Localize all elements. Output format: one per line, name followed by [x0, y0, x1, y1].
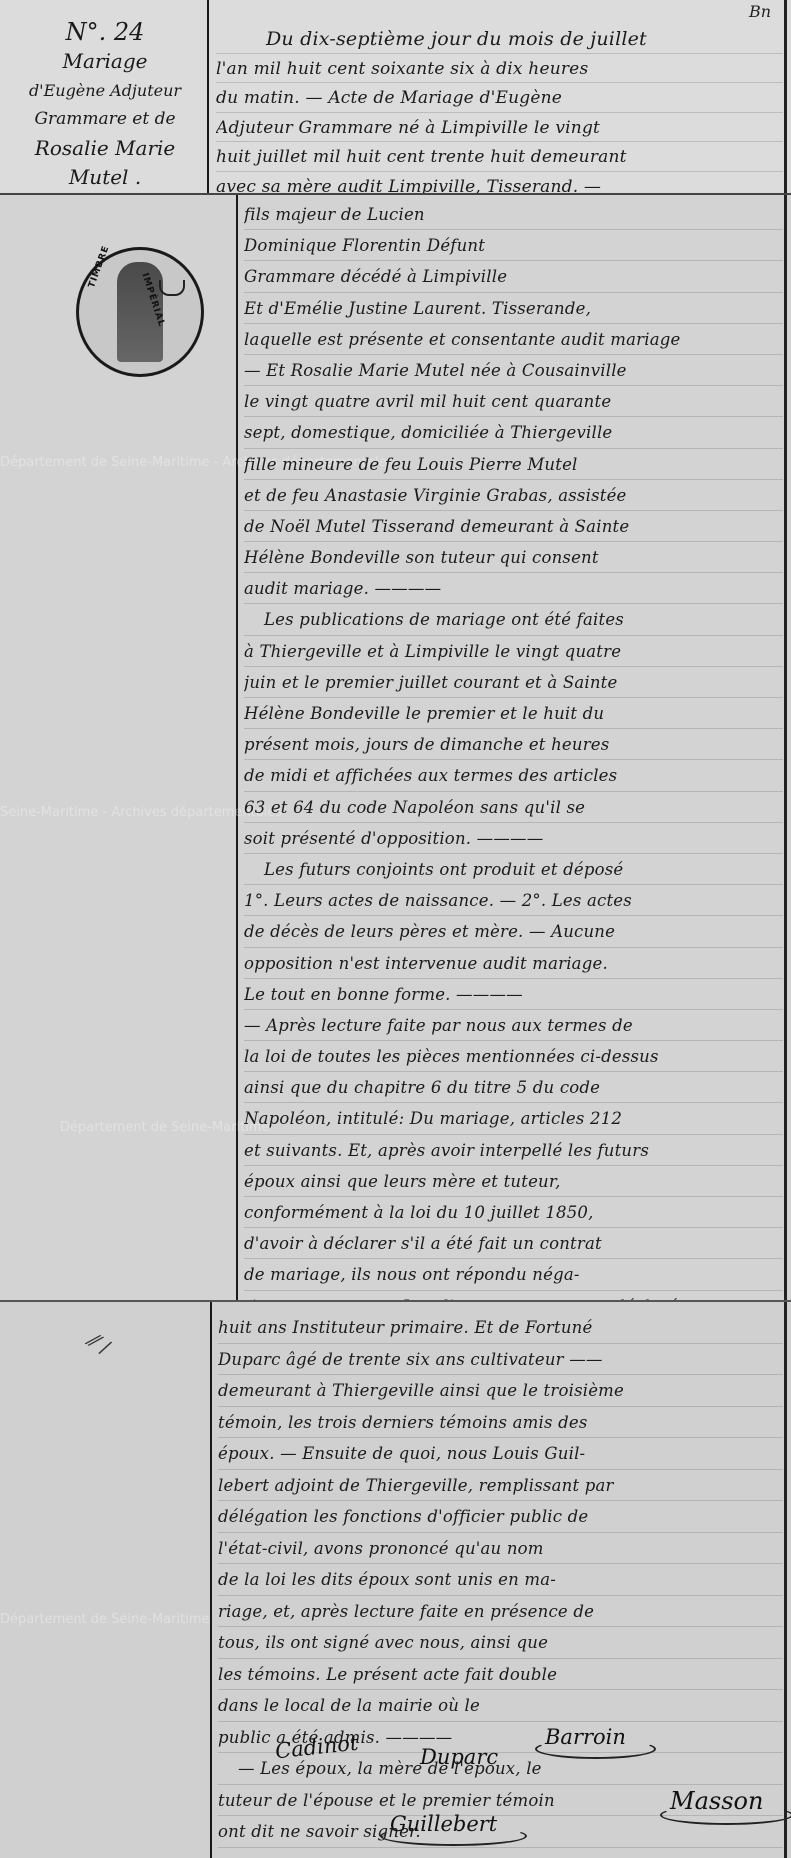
text-line: sept, domestique, domiciliée à Thiergevi… — [244, 417, 783, 448]
margin-line: Rosalie Marie — [10, 134, 200, 163]
text-line: Duparc âgé de trente six ans cultivateur… — [218, 1344, 783, 1376]
text-line: du matin. — Acte de Mariage d'Eugène — [216, 83, 783, 113]
text-line: époux ainsi que leurs mère et tuteur, — [244, 1166, 783, 1197]
text-line: huit juillet mil huit cent trente huit d… — [216, 142, 783, 172]
imperial-stamp-seal-icon: TIMBRE IMPÉRIAL — [76, 247, 204, 377]
text-line: opposition n'est intervenue audit mariag… — [244, 948, 783, 979]
text-line: demeurant à Thiergeville ainsi que le tr… — [218, 1375, 783, 1407]
text-line: fille mineure de feu Louis Pierre Mutel — [244, 449, 783, 480]
text-line: — Et Rosalie Marie Mutel née à Cousainvi… — [244, 355, 783, 386]
scales-icon — [159, 280, 185, 296]
text-line: et suivants. Et, après avoir interpellé … — [244, 1135, 783, 1166]
text-line: Les publications de mariage ont été fait… — [244, 604, 783, 635]
text-line: les témoins. Le présent acte fait double — [218, 1659, 783, 1691]
text-line: Grammare décédé à Limpiville — [244, 261, 783, 292]
text-line: Adjuteur Grammare né à Limpiville le vin… — [216, 113, 783, 143]
signature-masson: Masson — [670, 1787, 763, 1815]
text-line: de midi et affichées aux termes des arti… — [244, 760, 783, 791]
text-line: Du dix-septième jour du mois de juillet — [216, 24, 783, 54]
text-line: Le tout en bonne forme. ———— — [244, 979, 783, 1010]
text-line: avec sa mère audit Limpiville, Tisserand… — [216, 172, 783, 194]
text-line: la loi de toutes les pièces mentionnées … — [244, 1041, 783, 1072]
ink-blot-marks: ⁄⁄ ∕ — [85, 1329, 114, 1360]
page-edge-rule — [784, 0, 787, 193]
text-line: audit mariage. ———— — [244, 573, 783, 604]
margin-line: Mutel . — [10, 163, 200, 192]
text-line: lebert adjoint de Thiergeville, rempliss… — [218, 1470, 783, 1502]
text-line: le vingt quatre avril mil huit cent quar… — [244, 386, 783, 417]
text-line: ainsi que du chapitre 6 du titre 5 du co… — [244, 1072, 783, 1103]
text-line: Hélène Bondeville son tuteur qui consent — [244, 542, 783, 573]
margin-line: Mariage — [10, 47, 200, 76]
signature-duparc: Duparc — [420, 1745, 498, 1769]
archive-watermark: Département de Seine-Maritime — [60, 1120, 269, 1135]
text-line: soit présenté d'opposition. ———— — [244, 823, 783, 854]
register-entry-closing: ⁄⁄ ∕ Département de Seine-Maritime huit … — [0, 1300, 791, 1858]
page-edge-rule — [784, 195, 787, 1302]
register-entry-header: N°. 24 Mariage d'Eugène Adjuteur Grammar… — [0, 0, 791, 193]
text-line: et de feu Anastasie Virginie Grabas, ass… — [244, 480, 783, 511]
register-entry-body: TIMBRE IMPÉRIAL Département de Seine-Mar… — [0, 193, 791, 1302]
signature-barroin: Barroin — [545, 1725, 626, 1749]
archive-watermark: Département de Seine-Maritime — [0, 1612, 209, 1627]
text-line: huit ans Instituteur primaire. Et de For… — [218, 1312, 783, 1344]
stamp-left-text: TIMBRE — [87, 244, 112, 289]
text-line: Dominique Florentin Défunt — [244, 230, 783, 261]
text-line: délégation les fonctions d'officier publ… — [218, 1501, 783, 1533]
text-line: Hélène Bondeville le premier et le huit … — [244, 698, 783, 729]
text-line: présent mois, jours de dimanche et heure… — [244, 729, 783, 760]
text-line: 63 et 64 du code Napoléon sans qu'il se — [244, 792, 783, 823]
text-line: Et d'Emélie Justine Laurent. Tisserande, — [244, 293, 783, 324]
signature-block: Cadinot Duparc Barroin Guillebert Masson — [0, 1717, 791, 1857]
archive-watermark: Seine-Maritime - Archives départementale… — [0, 805, 282, 820]
margin-annotation: N°. 24 Mariage d'Eugène Adjuteur Grammar… — [10, 18, 200, 192]
corner-paraph: Bn — [749, 2, 771, 21]
margin-line: d'Eugène Adjuteur — [10, 76, 200, 105]
text-line: conformément à la loi du 10 juillet 1850… — [244, 1197, 783, 1228]
text-line: riage, et, après lecture faite en présen… — [218, 1596, 783, 1628]
entry-text-block: Du dix-septième jour du mois de juillet … — [216, 24, 783, 193]
signature-cadinot: Cadinot — [274, 1731, 359, 1764]
text-line: l'état-civil, avons prononcé qu'au nom — [218, 1533, 783, 1565]
margin-rule — [236, 195, 238, 1302]
text-line: 1°. Leurs actes de naissance. — 2°. Les … — [244, 885, 783, 916]
text-line: à Thiergeville et à Limpiville le vingt … — [244, 636, 783, 667]
margin-rule — [207, 0, 209, 193]
text-line: tous, ils ont signé avec nous, ainsi que — [218, 1627, 783, 1659]
text-line: — Après lecture faite par nous aux terme… — [244, 1010, 783, 1041]
text-line: témoin, les trois derniers témoins amis … — [218, 1407, 783, 1439]
signature-guillebert: Guillebert — [390, 1812, 497, 1836]
margin-line: Grammare et de — [10, 105, 200, 134]
entry-number: N°. 24 — [10, 18, 200, 47]
text-line: époux. — Ensuite de quoi, nous Louis Gui… — [218, 1438, 783, 1470]
text-line: de décès de leurs pères et mère. — Aucun… — [244, 916, 783, 947]
text-line: fils majeur de Lucien — [244, 199, 783, 230]
text-line: d'avoir à déclarer s'il a été fait un co… — [244, 1228, 783, 1259]
text-line: juin et le premier juillet courant et à … — [244, 667, 783, 698]
text-line: Napoléon, intitulé: Du mariage, articles… — [244, 1103, 783, 1134]
text-line: laquelle est présente et consentante aud… — [244, 324, 783, 355]
text-line: de la loi les dits époux sont unis en ma… — [218, 1564, 783, 1596]
text-line: l'an mil huit cent soixante six à dix he… — [216, 54, 783, 84]
text-line: Les futurs conjoints ont produit et dépo… — [244, 854, 783, 885]
text-line: de Noël Mutel Tisserand demeurant à Sain… — [244, 511, 783, 542]
entry-text-block: fils majeur de Lucien Dominique Florenti… — [244, 199, 783, 1302]
text-line: de mariage, ils nous ont répondu néga- — [244, 1259, 783, 1290]
